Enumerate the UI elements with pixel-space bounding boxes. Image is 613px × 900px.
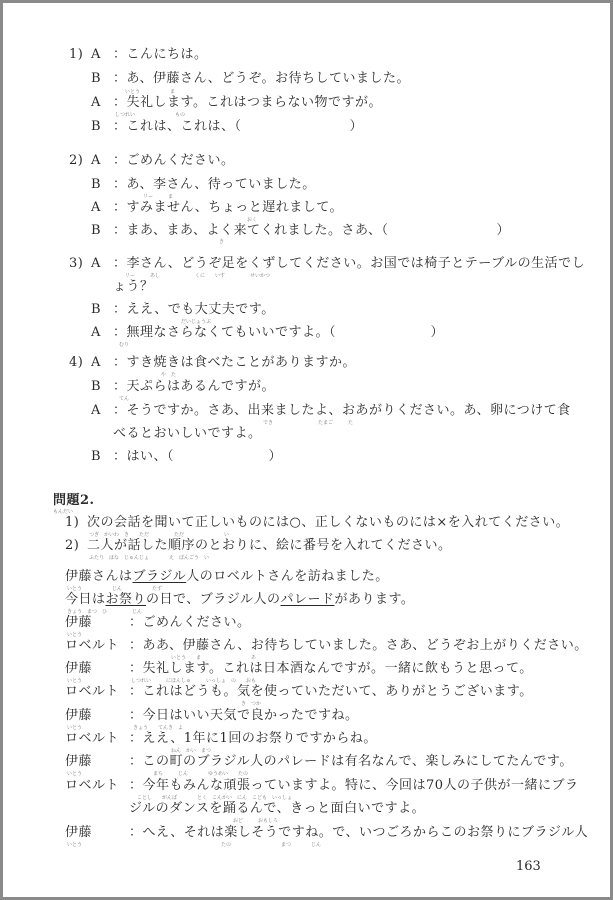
item-2-line-3: A：すみません、ちょっと遅れまして。 — [91, 200, 343, 216]
dialogue-line-1: 伊藤：ごめんください。 — [65, 615, 251, 631]
furigana: きょう まつ ひ じん — [67, 608, 142, 615]
item-1-line-2: B：あ、伊藤さん、どうぞ。お待ちしていました。 — [91, 71, 410, 87]
furigana: いとう — [67, 631, 82, 638]
item-2-line-4: B：まあ、まあ、よく来てくれました。さあ、（ ） — [91, 223, 510, 239]
dialogue-line-8-cont: ジルのダンスを踊るんで、きっと面白いですよ。 — [129, 801, 425, 817]
instruction-2: 2)二人が話した順序のとおりに、絵に番号を入れてください。 — [65, 538, 452, 554]
item-4-line-3-cont: べるとおいしいですよ。 — [113, 426, 262, 442]
item-4-line-1: 4)A：すき焼きは食べたことがありますか。 — [69, 355, 356, 371]
item-1-line-3: A：失礼します。これはつまらない物ですが。 — [91, 95, 382, 111]
furigana: いとう ま あ — [171, 654, 256, 661]
furigana: いとう — [67, 770, 82, 777]
furigana: き つか — [241, 700, 261, 707]
intro-line-2: 今日はお祭りの日で、ブラジル人のパレードがあります。 — [65, 592, 414, 608]
dialogue-line-6: ロベルト：ええ、1年に1回のお祭りですからね。 — [65, 731, 377, 747]
dialogue-line-4: ロベルト：これはどうも。気を使っていただいて、ありがとうございます。 — [65, 684, 533, 700]
furigana: むり — [119, 341, 129, 348]
intro-line-1: 伊藤さんはブラジル人のロベルトさんを訪ねました。 — [65, 569, 389, 585]
furigana: いとう — [67, 677, 82, 684]
dialogue-line-7: 伊藤：この町のブラジル人のパレードは有名なんで、楽しみにしてたんです。 — [65, 754, 573, 770]
furigana: つぎ かいわ き ただ ただ い — [89, 531, 229, 538]
furigana: いとう ま — [125, 88, 175, 95]
dialogue-line-9: 伊藤：へえ、それは楽しそうですね。で、いつごろからこのお祭りにブラジル人 — [65, 825, 588, 841]
furigana: ふたり はな じゅんじょ え ばんごう い — [89, 554, 209, 561]
textbook-page: 1)A：こんにちは。 B：あ、伊藤さん、どうぞ。お待ちしていました。 いとう ま… — [0, 0, 613, 900]
furigana: き — [219, 238, 224, 245]
furigana: いとう — [67, 724, 82, 731]
furigana: おく — [247, 216, 257, 223]
instruction-1: 1)次の会話を聞いて正しいものには○、正しくないものには×を入れてください。 — [65, 515, 569, 531]
item-3-line-2: B：ええ、でも大丈夫です。 — [91, 302, 275, 318]
item-4-line-3: A：そうですか。さあ、出来ましたよ、おあがりください。あ、卵につけて食 — [91, 403, 571, 419]
furigana: リー ま — [143, 193, 173, 200]
furigana: いとう じん たず — [67, 585, 162, 592]
item-4-line-4: B：はい、（ ） — [91, 449, 282, 465]
item-2-line-1: 2)A：ごめんください。 — [69, 153, 235, 169]
item-2-line-2: B：あ、李さん、待っていました。 — [91, 177, 316, 193]
furigana: まち じん ゆうめい たの — [153, 770, 248, 777]
furigana: リー あし くに いす せいかつ — [125, 272, 270, 279]
furigana: だいじょうぶ — [181, 318, 211, 325]
dialogue-line-8: ロベルト：今年もみんな頑張っていますよ。特に、今回は70人の子供が一緒にブラ — [65, 778, 579, 794]
item-3-line-1: 3)A：李さん、どうぞ足をくずしてください。お国では椅子とテーブルの生活でし — [69, 256, 585, 272]
furigana: しつれい もの — [115, 111, 185, 118]
furigana: いとう — [67, 841, 82, 848]
exercise-2-heading: 問題2. — [53, 493, 95, 509]
item-1-line-4: B：これは、これは、（ ） — [91, 119, 363, 135]
item-3-line-1-cont: ょう？ — [113, 279, 154, 295]
dialogue-line-5: 伊藤：今日はいい天気で良かったですね。 — [65, 708, 359, 724]
furigana: や た — [161, 371, 176, 378]
furigana: おど おもしろ — [233, 817, 278, 824]
dialogue-line-3: 伊藤：失礼します。これは日本酒なんですが。一緒に飲もうと思って。 — [65, 661, 533, 677]
furigana: ことし がんば とく こんかい にん こども いっしょ — [137, 794, 292, 801]
dialogue-line-2: ロベルト：ああ、伊藤さん、お待ちしていました。さあ、どうぞお上がりください。 — [65, 638, 588, 654]
item-4-line-2: B：天ぷらはあるんですが。 — [91, 379, 275, 395]
heading-furigana: もんだい — [53, 508, 73, 515]
furigana: ねん かい まつ — [171, 747, 211, 754]
page-number: 163 — [516, 859, 541, 874]
furigana: しつれい にほんしゅ いっしょ の おも — [131, 677, 256, 684]
furigana: たの まつ じん — [221, 841, 321, 848]
furigana: てん — [119, 395, 129, 402]
item-1-line-1: 1)A：こんにちは。 — [69, 47, 208, 63]
furigana: きょう てんき よ — [133, 724, 183, 731]
furigana: でき たまご た — [263, 419, 353, 426]
item-3-line-3: A：無理なさらなくてもいいですよ。（ ） — [91, 325, 444, 341]
